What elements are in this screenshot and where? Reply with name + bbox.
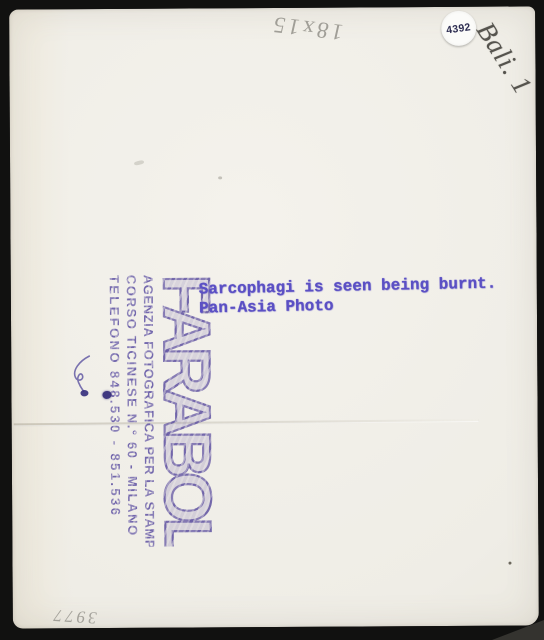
ink-scribble bbox=[67, 353, 101, 399]
photo-back-scene: 18x15 4392 Bali. 1 FARABOLA AGENZIA FOTO… bbox=[0, 0, 544, 640]
stamp-agency-subtitle: AGENZIA FOTOGRAFICA PER LA STAMPA bbox=[139, 275, 160, 547]
stamp-agency-phone: TELEFONO 848.530 - 851.536 bbox=[106, 275, 125, 547]
typed-caption: Sarcophagi is seen being burnt. Pan-Asia… bbox=[199, 275, 497, 319]
stamp-agency-address: CORSO TICINESE N.° 60 - MILANO bbox=[123, 275, 141, 547]
paper-speck bbox=[218, 176, 222, 179]
crease-line bbox=[14, 419, 479, 426]
paper-speck bbox=[508, 562, 511, 565]
archive-number-label: 4392 bbox=[446, 21, 472, 36]
handwritten-corner-note: Bali. 1 bbox=[470, 17, 544, 127]
handwritten-archive-number: 3977 bbox=[25, 603, 99, 627]
archive-number-sticker: 4392 bbox=[441, 11, 476, 46]
handwritten-size-note: 18x15 bbox=[251, 9, 346, 45]
paper-smudge bbox=[134, 160, 145, 166]
photo-paper: 18x15 4392 Bali. 1 FARABOLA AGENZIA FOTO… bbox=[9, 6, 539, 628]
